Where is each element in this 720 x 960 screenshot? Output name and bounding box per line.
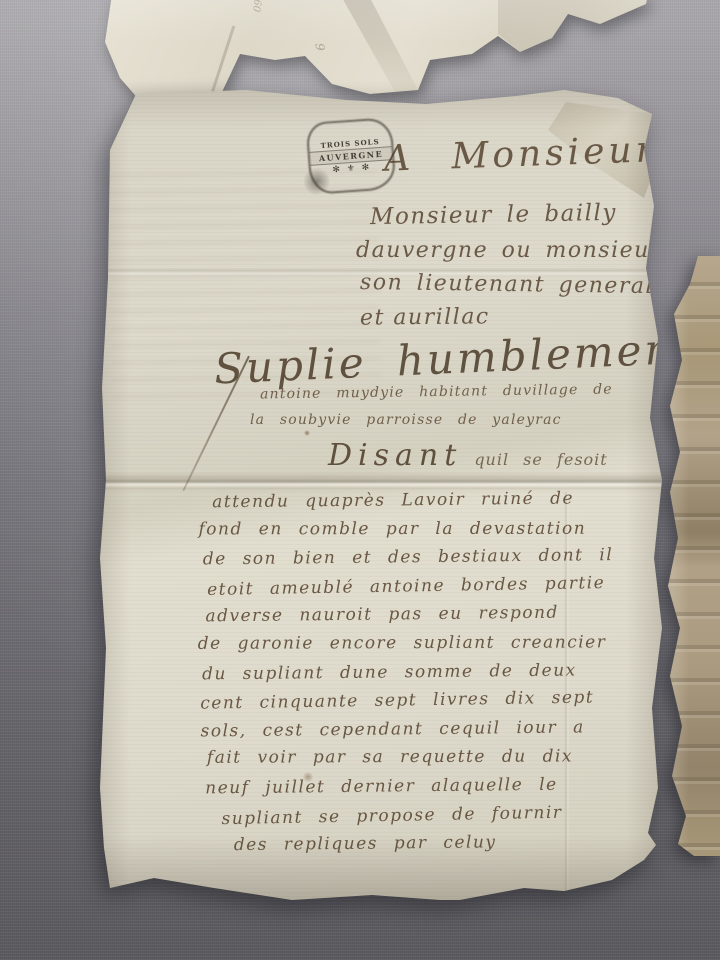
right-parchment-bundle [668,256,720,856]
edge-shading [96,88,666,900]
fold-shade [492,0,652,56]
main-document: TROIS SOLS AUVERGNE ✻ ⚜ ✻ A Monsieur Mon… [96,88,666,900]
bundle-surface [668,256,720,856]
ink-fragment: 60 [250,0,262,12]
ink-fragment: 9 [312,42,327,51]
fold-shade [340,0,420,94]
fabric-background: 60 9 TROIS SOLS AUVERGNE ✻ ⚜ ✻ A Monsieu [0,0,720,960]
document-surface: TROIS SOLS AUVERGNE ✻ ⚜ ✻ A Monsieur Mon… [96,88,666,900]
